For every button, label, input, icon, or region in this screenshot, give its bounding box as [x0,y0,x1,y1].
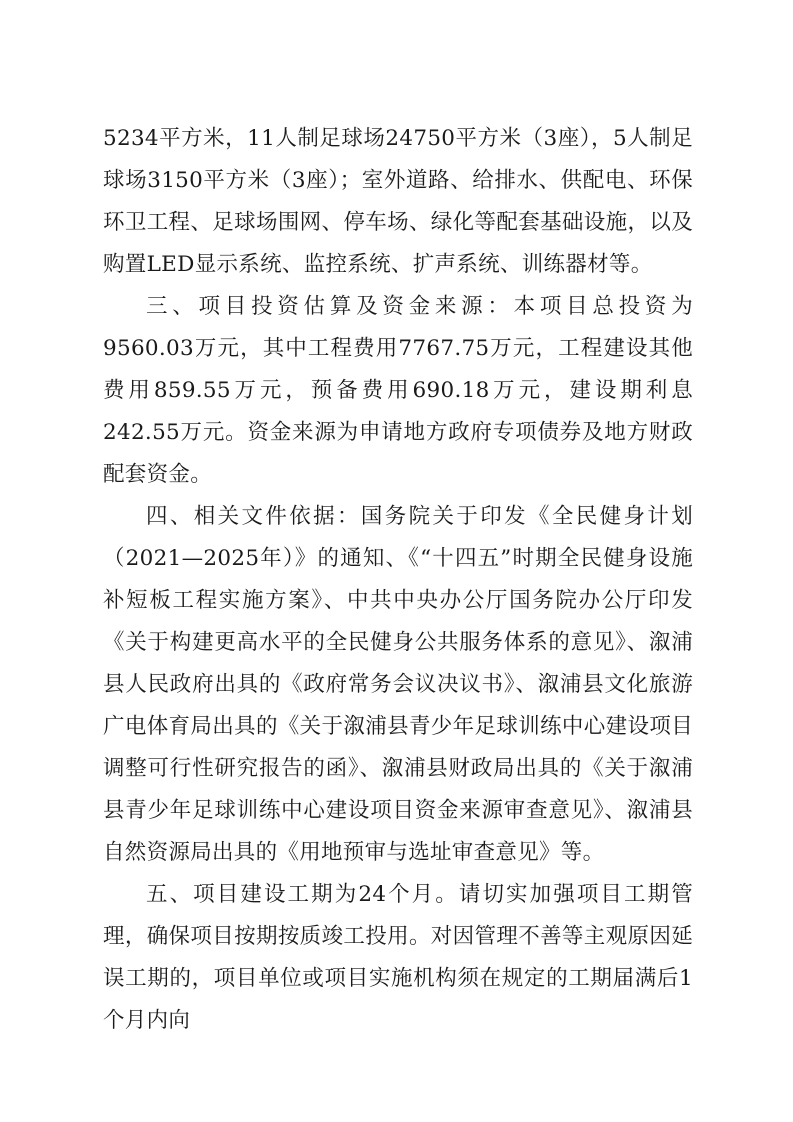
paragraph-investment-and-funding: 三、项目投资估算及资金来源：本项目总投资为9560.03万元，其中工程费用776… [103,286,693,496]
paragraph-reference-documents: 四、相关文件依据：国务院关于印发《全民健身计划（2021—2025年）》的通知、… [103,496,693,874]
paragraph-scope-continued: 5234平方米，11人制足球场24750平方米（3座），5人制足球场3150平方… [103,118,693,286]
paragraph-construction-period: 五、项目建设工期为24个月。请切实加强项目工期管理，确保项目按期按质竣工投用。对… [103,874,693,1042]
document-page: 5234平方米，11人制足球场24750平方米（3座），5人制足球场3150平方… [103,118,693,1042]
